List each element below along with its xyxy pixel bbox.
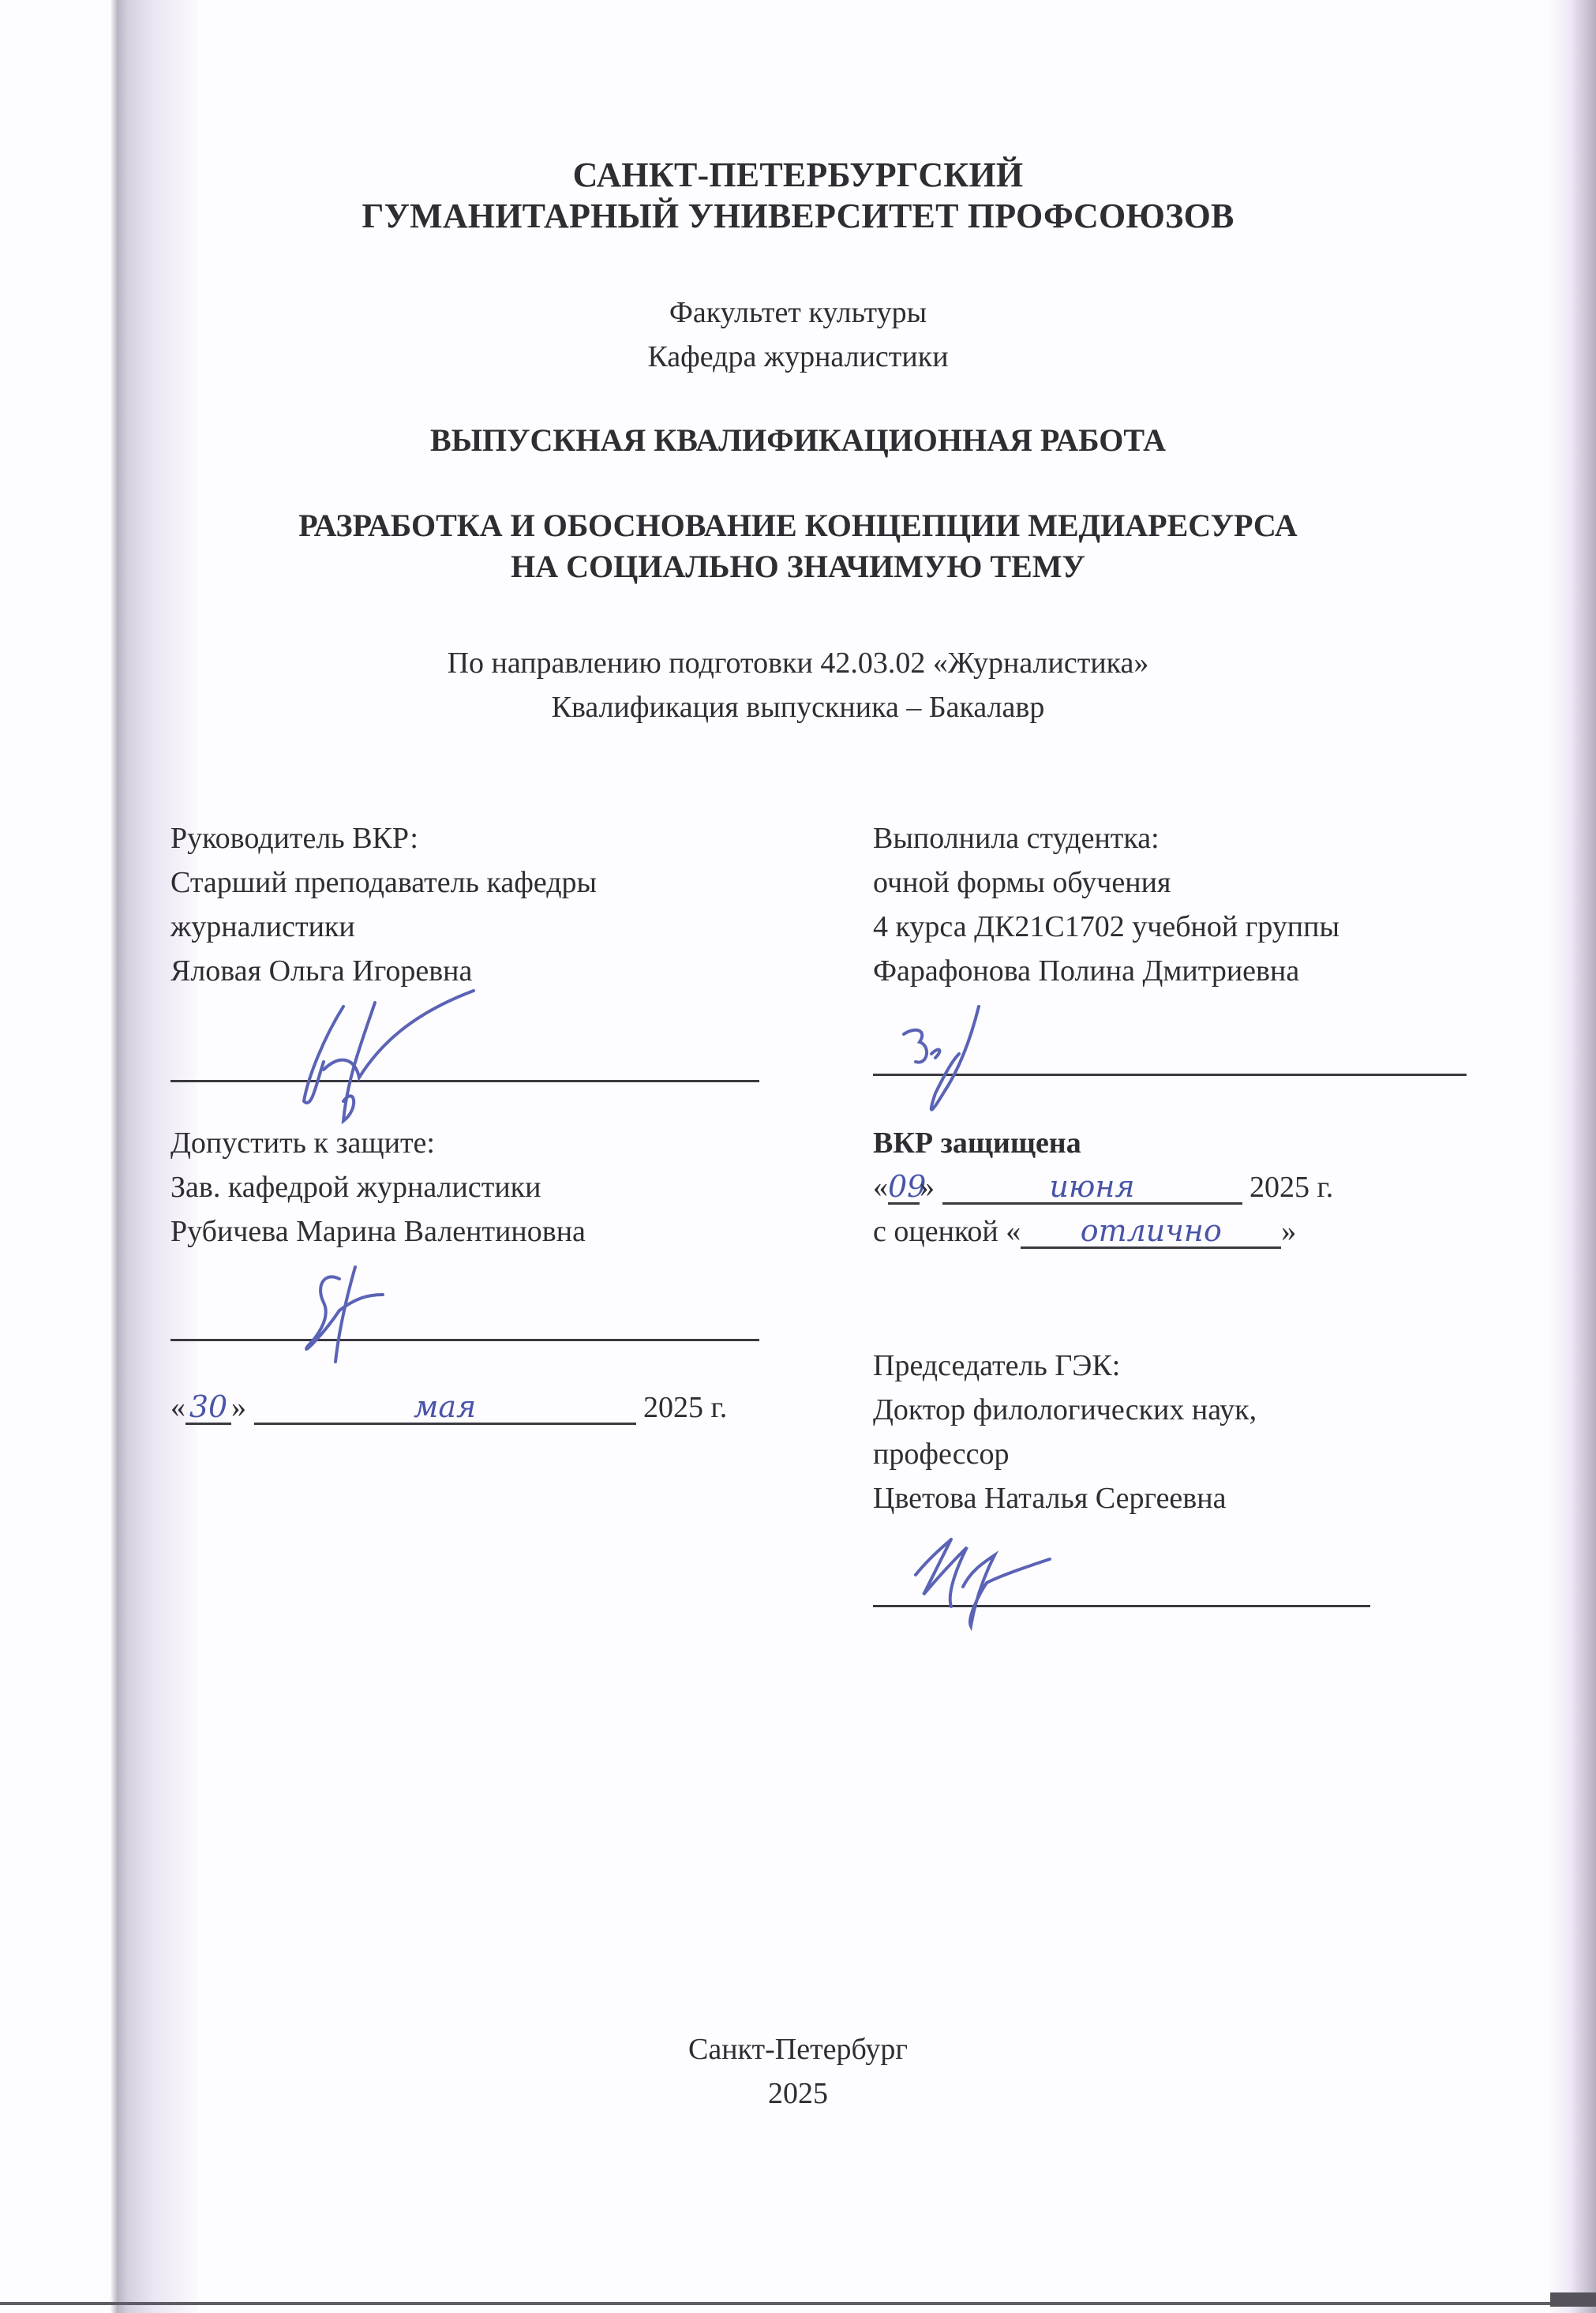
defense-date-year: 2025 г.: [1249, 1171, 1333, 1204]
student-form: очной формы обучения: [873, 860, 1339, 905]
admission-label: Допустить к защите:: [170, 1121, 586, 1165]
defense-label: ВКР защищена: [873, 1121, 1333, 1165]
admission-date-open-quote: «: [170, 1391, 185, 1424]
admission-date-month: мая: [254, 1391, 636, 1425]
faculty: Факультет культуры: [0, 291, 1596, 335]
defense-grade-prefix: с оценкой «: [873, 1215, 1021, 1248]
supervisor-label: Руководитель ВКР:: [170, 816, 597, 860]
department: Кафедра журналистики: [0, 335, 1596, 379]
university-name-line2: ГУМАНИТАРНЫЙ УНИВЕРСИТЕТ ПРОФСОЮЗОВ: [0, 196, 1596, 237]
defense-date-close-quote: »: [920, 1171, 935, 1204]
footer-block: Санкт-Петербург 2025: [0, 2027, 1596, 2116]
program-block: По направлению подготовки 42.03.02 «Журн…: [0, 641, 1596, 729]
admission-date-year: 2025 г.: [643, 1391, 727, 1424]
admission-position: Зав. кафедрой журналистики: [170, 1165, 586, 1209]
defense-date-day: 09: [888, 1171, 920, 1205]
supervisor-signature-icon: [268, 991, 474, 1125]
commission-name: Цветова Наталья Сергеевна: [873, 1476, 1257, 1520]
defense-date-month: июня: [942, 1171, 1242, 1205]
commission-title: профессор: [873, 1432, 1257, 1476]
admission-name: Рубичева Марина Валентиновна: [170, 1209, 586, 1254]
footer-year: 2025: [0, 2071, 1596, 2116]
commission-label: Председатель ГЭК:: [873, 1344, 1257, 1388]
work-type: ВЫПУСКНАЯ КВАЛИФИКАЦИОННАЯ РАБОТА: [0, 420, 1596, 461]
defense-block: ВКР защищена «09» июня 2025 г. с оценкой…: [873, 1121, 1333, 1254]
program-direction: По направлению подготовки 42.03.02 «Журн…: [0, 641, 1596, 685]
supervisor-position-line2: журналистики: [170, 905, 597, 949]
admission-signature-icon: [237, 1263, 395, 1366]
university-name-line1: САНКТ-ПЕТЕРБУРГСКИЙ: [0, 155, 1596, 196]
student-group: 4 курса ДК21С1702 учебной группы: [873, 905, 1339, 949]
admission-date: «30» мая 2025 г.: [170, 1385, 727, 1430]
supervisor-block: Руководитель ВКР: Старший преподаватель …: [170, 816, 597, 993]
student-block: Выполнила студентка: очной формы обучени…: [873, 816, 1339, 993]
program-qualification: Квалификация выпускника – Бакалавр: [0, 685, 1596, 729]
supervisor-name: Яловая Ольга Игоревна: [170, 949, 597, 993]
admission-date-day: 30: [185, 1391, 231, 1425]
thesis-title-line1: РАЗРАБОТКА И ОБОСНОВАНИЕ КОНЦЕПЦИИ МЕДИА…: [0, 505, 1596, 546]
footer-city: Санкт-Петербург: [0, 2027, 1596, 2071]
page-bottom-edge: [0, 2302, 1596, 2305]
admission-block: Допустить к защите: Зав. кафедрой журнал…: [170, 1121, 586, 1254]
page-bottom-corner: [1550, 2292, 1596, 2307]
supervisor-position-line1: Старший преподаватель кафедры: [170, 860, 597, 905]
thesis-title: РАЗРАБОТКА И ОБОСНОВАНИЕ КОНЦЕПЦИИ МЕДИА…: [0, 505, 1596, 587]
thesis-title-line2: НА СОЦИАЛЬНО ЗНАЧИМУЮ ТЕМУ: [0, 546, 1596, 587]
university-name: САНКТ-ПЕТЕРБУРГСКИЙ ГУМАНИТАРНЫЙ УНИВЕРС…: [0, 155, 1596, 237]
commission-degree: Доктор филологических наук,: [873, 1388, 1257, 1432]
student-label: Выполнила студентка:: [873, 816, 1339, 860]
defense-grade-value: отлично: [1021, 1215, 1281, 1249]
student-name: Фарафонова Полина Дмитриевна: [873, 949, 1339, 993]
defense-date-open-quote: «: [873, 1171, 888, 1204]
defense-grade-suffix: »: [1281, 1215, 1296, 1248]
commission-signature-icon: [908, 1531, 1050, 1634]
admission-date-close-quote: »: [231, 1391, 246, 1424]
faculty-block: Факультет культуры Кафедра журналистики: [0, 291, 1596, 379]
commission-block: Председатель ГЭК: Доктор филологических …: [873, 1344, 1257, 1520]
student-signature-icon: [896, 1007, 998, 1117]
